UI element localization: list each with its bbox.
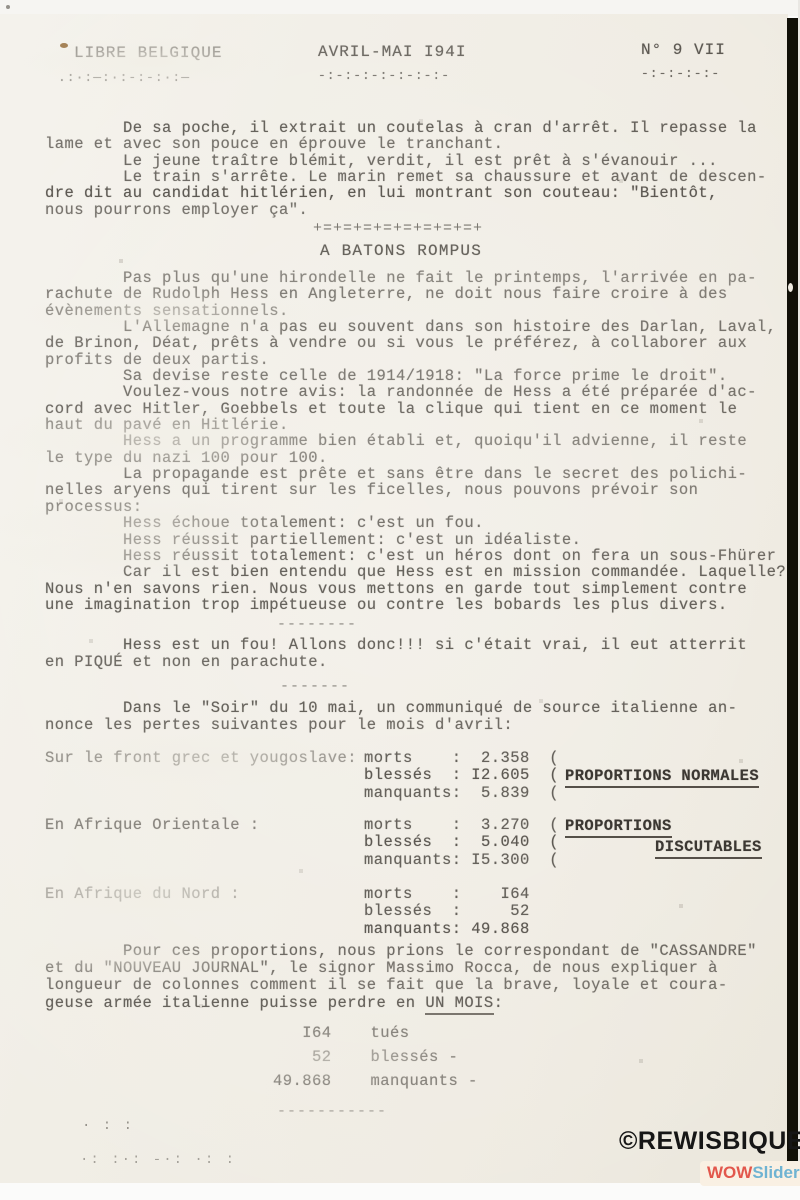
text-line: Hess échoue totalement: c'est un fou. [45,515,786,531]
casualty-row: manquants: 5.839 ( [364,785,559,802]
casualty-row: morts : 2.358 ( [364,750,559,767]
un-mois-underlined: UN MOIS [425,994,493,1015]
text-line: Dans le "Soir" du 10 mai, un communiqué … [45,700,737,717]
text-line: processus: [45,499,786,515]
casualty-rows: morts : 2.358 ( blessés : I2.605 ( manqu… [364,750,559,802]
casualty-row: blessés : 52 [364,903,530,920]
section-title: A BATONS ROMPUS [320,243,482,259]
text-line: geuse armée italienne puisse perdre en U… [45,995,757,1012]
challenge-paragraph: Pour ces proportions, nous prions le cor… [45,943,757,1012]
total-line: 49.868 manquants - [273,1070,478,1094]
casualty-rows: morts : I64 blessés : 52 manquants: 49.8… [364,886,530,938]
text-line: nous pourrons employer ça". [45,202,767,218]
text-line: Hess est un fou! Allons donc!!! si c'éta… [45,637,747,654]
text-line: De sa poche, il extrait un coutelas à cr… [45,120,767,136]
text-line: nelles aryens qui tirent sur les ficelle… [45,482,786,498]
proportions-note: DISCUTABLES [655,838,762,856]
group-label: En Afrique du Nord : [45,886,240,902]
casualty-row: blessés : 5.040 ( [364,834,559,851]
text-line: L'Allemagne n'a pas eu souvent dans son … [45,319,786,335]
scan-noise [0,0,2,2]
total-line: 52 blessés - [273,1046,478,1070]
text-line: lame et avec son pouce en éprouve le tra… [45,136,767,152]
issue-number-rule: -:-:-:-:- [641,66,720,82]
wow-label: WOW [707,1163,752,1182]
scanned-document-page: { "header": { "publication": "LIBRE BELG… [0,0,800,1200]
group-label: Sur le front grec et yougoslave: [45,750,357,766]
text-line: évènements sensationnels. [45,303,786,319]
scan-artifact-dots: · : : [82,1118,134,1134]
issue-date: AVRIL-MAI I94I [318,44,466,60]
casualty-row: morts : 3.270 ( [364,817,559,834]
text-line: Hess réussit partiellement: c'est un idé… [45,532,786,548]
section-divider: +=+=+=+=+=+=+=+=+ [313,220,483,237]
text-line: de Brinon, Déat, prêts à vendre ou si vo… [45,335,786,351]
wowslider-badge[interactable]: WOWSlider [700,1161,800,1186]
text-line: longueur de colonnes comment il se fait … [45,977,757,994]
text-line: en PIQUÉ et non en parachute. [45,654,747,671]
text-line: Sa devise reste celle de 1914/1918: "La … [45,368,786,384]
totals-list: I64 tués 52 blessés - 49.868 manquants - [273,1022,478,1093]
text-line: Car il est bien entendu que Hess est en … [45,564,786,580]
casualty-row: manquants: I5.300 ( [364,852,559,869]
text-line: Le jeune traître blémit, verdit, il est … [45,153,767,169]
scan-shadow-nick [788,283,793,292]
section-divider: -------- [277,616,357,633]
scan-bottom-edge [0,1183,800,1200]
paper-speck [6,5,10,9]
casualty-rows: morts : 3.270 ( blessés : 5.040 ( manqua… [364,817,559,869]
text-line: et du "NOUVEAU JOURNAL", le signor Massi… [45,960,757,977]
hess-fool-paragraph: Hess est un fou! Allons donc!!! si c'éta… [45,637,747,670]
paper-speck [60,43,68,48]
text-line: haut du pavé en Hitlérie. [45,417,786,433]
story-paragraph: De sa poche, il extrait un coutelas à cr… [45,120,767,218]
section-divider: ----------- [277,1103,387,1120]
text-line: Le train s'arrête. Le marin remet sa cha… [45,169,767,185]
text-line: Pour ces proportions, nous prions le cor… [45,943,757,960]
group-label: En Afrique Orientale : [45,817,260,833]
total-line: I64 tués [273,1022,478,1046]
text-line: une imagination trop impétueuse ou contr… [45,597,786,613]
text-line: Hess réussit totalement: c'est un héros … [45,548,786,564]
text-line: Voulez-vous notre avis: la randonnée de … [45,384,786,400]
slider-label: Slider [752,1163,799,1182]
text-line: nonce les pertes suivantes pour le mois … [45,717,737,734]
casualty-row: blessés : I2.605 ( [364,767,559,784]
casualty-row: morts : I64 [364,886,530,903]
proportions-note: PROPORTIONS [565,817,672,835]
copyright-watermark: ©REWISBIQUE [619,1127,779,1156]
issue-date-rule: -:-:-:-:-:-:-:- [318,68,450,84]
text-line: Pas plus qu'une hirondelle ne fait le pr… [45,270,786,286]
text-line: le type du nazi 100 pour 100. [45,450,786,466]
proportions-note: PROPORTIONS NORMALES [565,767,759,785]
issue-number: N° 9 VII [641,42,726,58]
section-body: Pas plus qu'une hirondelle ne fait le pr… [45,270,786,613]
casualty-row: manquants: 49.868 [364,921,530,938]
scan-shadow-bar [787,18,798,1183]
text-line: Hess a un programme bien établi et, quoi… [45,433,786,449]
text-line: rachute de Rudolph Hess en Angleterre, n… [45,286,786,302]
communique-paragraph: Dans le "Soir" du 10 mai, un communiqué … [45,700,737,733]
publication-title: LIBRE BELGIQUE [74,45,222,61]
text-line: dre dit au candidat hitlérien, en lui mo… [45,185,767,201]
scan-artifact-dots: ·: :·: -·: ·: : [80,1152,236,1168]
text-line: cord avec Hitler, Goebbels et toute la c… [45,401,786,417]
text-line: profits de deux partis. [45,352,786,368]
section-divider: ------- [280,678,350,695]
text-line: Nous n'en savons rien. Nous vous mettons… [45,581,786,597]
publication-rule: .:·:—:·:-:-:·:— [58,70,190,86]
text-line: La propagande est prête et sans être dan… [45,466,786,482]
